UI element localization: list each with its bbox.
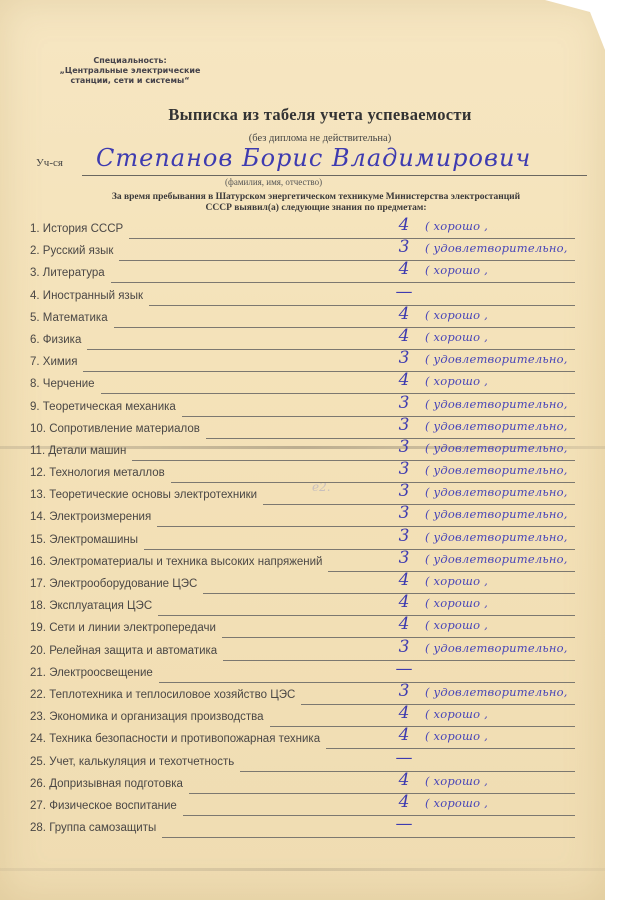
grade-word: ( хорошо , [425,308,488,322]
subject-number: 15. [30,534,46,546]
subject-number: 27. [30,800,46,812]
subject-name: 17. Электрооборудование ЦЭС [30,578,197,590]
subject-name: 16. Электроматериалы и техника высоких н… [30,556,323,568]
grade-value: 4 [393,570,415,590]
subject-number: 21. [30,667,46,679]
grade-value: 3 [393,526,415,546]
subject-name: 21. Электроосвещение [30,667,153,679]
subject-row: 15. Электромашины3( удовлетворительно, [0,532,605,554]
grade-word: ( удовлетворительно, [425,552,568,566]
subject-row: 16. Электроматериалы и техника высоких н… [0,554,605,576]
grade-value: 4 [393,614,415,634]
subject-number: 22. [30,689,46,701]
grade-value: 4 [393,792,415,812]
grade-word: ( хорошо , [425,618,488,632]
subject-name: 15. Электромашины [30,534,138,546]
subject-name: 13. Теоретические основы электротехники [30,489,257,501]
grade-word: ( удовлетворительно, [425,397,568,411]
subject-number: 23. [30,711,46,723]
specialty-line-2: станции, сети и системы“ [40,76,220,86]
grade-underline [263,504,575,505]
subject-name: 1. История СССР [30,223,123,235]
subject-row: 7. Химия3( удовлетворительно, [0,354,605,376]
grade-value: 3 [393,503,415,523]
subject-number: 11. [30,445,45,457]
subject-row: 28. Группа самозащиты— [0,820,605,842]
subject-number: 26. [30,778,46,790]
subject-title: Группа самозащиты [49,822,156,834]
subject-row: 23. Экономика и организация производства… [0,709,605,731]
grade-value: 3 [393,415,415,435]
grade-underline [182,416,575,417]
document-title: Выписка из табеля учета успеваемости [150,105,490,125]
subject-number: 9. [30,401,40,413]
subject-row: 18. Эксплуатация ЦЭС4( хорошо , [0,598,605,620]
subject-title: Электроизмерения [49,511,151,523]
subject-number: 12. [30,467,46,479]
subject-name: 20. Релейная защита и автоматика [30,645,217,657]
specialty-block: Специальность: „Центральные электрически… [40,56,220,86]
grade-value: 3 [393,459,415,479]
subject-title: Химия [43,356,78,368]
grade-word: ( хорошо , [425,374,488,388]
student-label: Уч-ся [36,157,63,169]
grade-value: 3 [393,348,415,368]
grade-underline [119,260,575,261]
grade-value: 3 [393,393,415,413]
grade-underline [301,704,575,705]
subject-title: Теоретические основы электротехники [49,489,257,501]
student-name-hint: (фамилия, имя, отчество) [225,177,322,187]
specialty-line-1: „Центральные электрические [40,66,220,76]
grade-value: 4 [393,770,415,790]
subject-number: 6. [30,334,40,346]
subject-number: 25. [30,756,46,768]
grade-word: ( хорошо , [425,263,488,277]
subject-title: Физика [43,334,82,346]
subject-row: 25. Учет, калькуляция и техотчетность— [0,754,605,776]
grade-word: ( хорошо , [425,707,488,721]
subject-name: 19. Сети и линии электропередачи [30,622,216,634]
subject-row: 20. Релейная защита и автоматика3( удовл… [0,643,605,665]
subject-name: 6. Физика [30,334,81,346]
grade-underline [129,238,575,239]
grade-word: ( удовлетворительно, [425,441,568,455]
subject-name: 7. Химия [30,356,77,368]
grade-value: 3 [393,437,415,457]
subject-title: Физическое воспитание [49,800,177,812]
grade-underline [183,815,575,816]
grade-word: ( удовлетворительно, [425,241,568,255]
subject-name: 12. Технология металлов [30,467,165,479]
subject-name: 9. Теоретическая механика [30,401,176,413]
grade-word: ( хорошо , [425,219,488,233]
subject-title: Учет, калькуляция и техотчетность [49,756,234,768]
subject-row: 24. Техника безопасности и противопожарн… [0,731,605,753]
grade-underline [101,393,575,394]
intro-line-1: За время пребывания в Шатурском энергети… [36,192,596,203]
subject-row: 5. Математика4( хорошо , [0,310,605,332]
grade-word: ( хорошо , [425,596,488,610]
document-subtitle: (без диплома не действительна) [150,133,490,144]
grade-underline [206,438,575,439]
subject-number: 7. [30,356,40,368]
grade-value: 3 [393,637,415,657]
subject-name: 28. Группа самозащиты [30,822,156,834]
grade-value: 4 [393,304,415,324]
subject-name: 27. Физическое воспитание [30,800,177,812]
subject-title: Детали машин [48,445,126,457]
subject-name: 24. Техника безопасности и противопожарн… [30,733,320,745]
subject-number: 5. [30,312,40,324]
grade-underline [144,549,575,550]
grade-word: ( удовлетворительно, [425,463,568,477]
grade-word: ( удовлетворительно, [425,419,568,433]
subject-title: Русский язык [43,245,114,257]
subject-name: 10. Сопротивление материалов [30,423,200,435]
subject-row: 19. Сети и линии электропередачи4( хорош… [0,620,605,642]
subject-row: 26. Допризывная подготовка4( хорошо , [0,776,605,798]
subject-title: Сети и линии электропередачи [49,622,216,634]
subject-row: 14. Электроизмерения3( удовлетворительно… [0,509,605,531]
document-sheet: Специальность: „Центральные электрически… [0,0,605,900]
grade-value: 4 [393,259,415,279]
grade-word: ( удовлетворительно, [425,641,568,655]
subject-row: 1. История СССР4( хорошо , [0,221,605,243]
subject-title: Иностранный язык [43,290,143,302]
subject-name: 4. Иностранный язык [30,290,143,302]
subject-name: 18. Эксплуатация ЦЭС [30,600,152,612]
grade-value: — [393,814,415,834]
subject-title: Математика [43,312,108,324]
grade-word: ( удовлетворительно, [425,507,568,521]
subject-row: 21. Электроосвещение— [0,665,605,687]
student-name-line [82,175,587,176]
subject-number: 19. [30,622,46,634]
grade-underline [270,726,575,727]
grade-word: ( хорошо , [425,729,488,743]
grade-value: 3 [393,237,415,257]
subject-row: 11. Детали машин3( удовлетворительно, [0,443,605,465]
grade-underline [328,571,575,572]
subject-number: 16. [30,556,46,568]
subject-number: 14. [30,511,46,523]
grade-underline [159,682,575,683]
grade-underline [158,615,575,616]
grade-value: 4 [393,725,415,745]
subject-number: 24. [30,733,46,745]
grade-word: ( хорошо , [425,796,488,810]
grade-underline [189,793,575,794]
grade-value: 3 [393,548,415,568]
subject-name: 26. Допризывная подготовка [30,778,183,790]
grade-word: ( удовлетворительно, [425,685,568,699]
grade-value: 4 [393,703,415,723]
subject-row: 4. Иностранный язык— [0,288,605,310]
subject-title: Литература [43,267,105,279]
subject-name: 22. Теплотехника и теплосиловое хозяйств… [30,689,295,701]
subject-title: Эксплуатация ЦЭС [49,600,152,612]
student-name: Степанов Борис Владимирович [96,144,586,172]
subject-row: 12. Технология металлов3( удовлетворител… [0,465,605,487]
grade-value: 3 [393,681,415,701]
grade-value: — [393,282,415,302]
subject-row: 10. Сопротивление материалов3( удовлетво… [0,421,605,443]
subject-title: Электрооборудование ЦЭС [49,578,197,590]
subject-name: 3. Литература [30,267,105,279]
subject-row: 8. Черчение4( хорошо , [0,376,605,398]
subject-number: 2. [30,245,40,257]
subject-title: Допризывная подготовка [49,778,183,790]
subject-number: 10. [30,423,46,435]
grade-value: 4 [393,370,415,390]
subject-title: Сопротивление материалов [49,423,200,435]
specialty-label: Специальность: [40,56,220,66]
subject-number: 1. [30,223,40,235]
subject-number: 28. [30,822,46,834]
subject-row: 2. Русский язык3( удовлетворительно, [0,243,605,265]
subject-row: 17. Электрооборудование ЦЭС4( хорошо , [0,576,605,598]
subject-name: 25. Учет, калькуляция и техотчетность [30,756,234,768]
subject-title: Электроматериалы и техника высоких напря… [49,556,322,568]
grade-word: ( удовлетворительно, [425,530,568,544]
grade-value: — [393,748,415,768]
subject-title: Теоретическая механика [43,401,176,413]
subject-row: 22. Теплотехника и теплосиловое хозяйств… [0,687,605,709]
subject-number: 3. [30,267,40,279]
subject-number: 4. [30,290,40,302]
grade-underline [203,593,575,594]
subject-number: 8. [30,378,40,390]
subject-number: 18. [30,600,46,612]
subject-row: 9. Теоретическая механика3( удовлетворит… [0,399,605,421]
grade-value: 4 [393,215,415,235]
intro-text: За время пребывания в Шатурском энергети… [36,192,596,214]
subject-row: 3. Литература4( хорошо , [0,265,605,287]
subject-title: Технология металлов [49,467,165,479]
grade-underline [149,305,575,306]
subject-name: 14. Электроизмерения [30,511,151,523]
grade-underline [132,460,575,461]
grade-underline [111,282,575,283]
grade-value: 3 [393,481,415,501]
grade-word: ( хорошо , [425,574,488,588]
subject-title: Электромашины [49,534,138,546]
grade-word: ( хорошо , [425,774,488,788]
subject-number: 20. [30,645,46,657]
grade-value: 4 [393,592,415,612]
grade-underline [114,327,575,328]
subject-title: История СССР [43,223,123,235]
grade-word: ( удовлетворительно, [425,352,568,366]
subject-name: 5. Математика [30,312,108,324]
grade-word: ( хорошо , [425,330,488,344]
subject-row: 13. Теоретические основы электротехники3… [0,487,605,509]
subject-row: 27. Физическое воспитание4( хорошо , [0,798,605,820]
grade-underline [83,371,575,372]
paper-fold [0,868,605,871]
grade-word: ( удовлетворительно, [425,485,568,499]
subjects-list: 1. История СССР4( хорошо ,2. Русский язы… [0,221,605,842]
subject-name: 8. Черчение [30,378,95,390]
grade-underline [162,837,575,838]
subject-name: 23. Экономика и организация производства [30,711,264,723]
subject-title: Техника безопасности и противопожарная т… [49,733,320,745]
grade-underline [171,482,575,483]
grade-underline [157,526,575,527]
subject-title: Электроосвещение [49,667,153,679]
grade-value: 4 [393,326,415,346]
grade-value: — [393,659,415,679]
subject-title: Черчение [43,378,95,390]
subject-row: 6. Физика4( хорошо , [0,332,605,354]
subject-name: 2. Русский язык [30,245,113,257]
subject-number: 13. [30,489,46,501]
subject-title: Экономика и организация производства [49,711,263,723]
grade-underline [87,349,575,350]
subject-name: 11. Детали машин [30,445,126,457]
intro-line-2: СССР выявил(а) следующие знания по предм… [36,203,596,214]
subject-number: 17. [30,578,46,590]
grade-underline [326,748,575,749]
subject-title: Релейная защита и автоматика [49,645,217,657]
subject-title: Теплотехника и теплосиловое хозяйство ЦЭ… [49,689,295,701]
